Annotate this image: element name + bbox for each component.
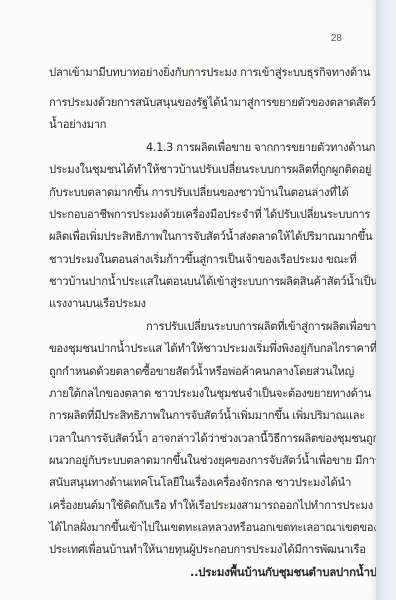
text-line: ปลาเข้ามามีบทบาทอย่างยิ่งกับการประมง การ… — [49, 66, 361, 80]
text-line: ผลิตเพื่อเพิ่มประสิทธิภาพในการจับสัตว์น้… — [49, 230, 361, 244]
text-line: เครื่องยนต์มาใช้ติดกับเรือ ทำให้เรือประม… — [49, 499, 361, 513]
section-heading-4-1-3: 4.1.3 การผลิตเพื่อขาย จากการขยายตัวทางด้… — [146, 141, 361, 155]
text-line: ได้ไกลฝั่งมากขึ้นเข้าไปในเขตทะเลหลวงหรือ… — [49, 521, 361, 535]
text-line: สนับสนุนทางด้านเทคโนโลยีในเรื่องเครื่องจ… — [49, 476, 361, 490]
text-line: เวลาในการจับสัตว์น้ำ อาจกล่าวได้ว่าช่วงเ… — [49, 432, 361, 446]
text-line: ถูกกำหนดด้วยตลาดซื้อขายสัตว์น้ำหรือพ่อค้… — [49, 365, 361, 379]
paragraph-start: การปรับเปลี่ยนระบบการผลิตที่เข้าสู่การผล… — [146, 320, 361, 334]
running-footer: ..ประมงพื้นบ้านกับชุมชนตำบลปากน้ำประแส.. — [190, 564, 396, 582]
text-line: กับระบบตลาดมากขึ้น การปรับเปลี่ยนของชาวบ… — [49, 186, 361, 200]
text-line: ประกอบอาชีพการประมงด้วยเครื่องมือประจำที… — [49, 208, 361, 222]
text-line: ชาวบ้านปากน้ำประแสในตอนบนได้เข้าสู่ระบบก… — [49, 275, 361, 289]
text-line: น้ำอย่างมาก — [49, 118, 361, 132]
text-line: การผลิตที่มีประสิทธิภาพในการจับสัตว์น้ำเ… — [49, 409, 361, 423]
page-edge-shadow — [376, 0, 396, 600]
text-line: ภายใต้กลไกของตลาด ชาวประมงในชุมชนจำเป็นจ… — [49, 387, 361, 401]
text-line: ของชุมชนปากน้ำประแส ได้ทำให้ชาวประมงเริ่… — [49, 342, 361, 356]
text-line: ชาวประมงในตอนล่างเริ่มก้าวขึ้นสู่การเป็น… — [49, 253, 361, 267]
text-line: ประมงในชุมชนได้ทำให้ชาวบ้านปรับเปลี่ยนระ… — [49, 163, 361, 177]
text-line: แรงงานบนเรือประมง — [49, 297, 361, 311]
document-page: 28 ปลาเข้ามามีบทบาทอย่างยิ่งกับการประมง … — [0, 0, 376, 600]
text-line: การประมงด้วยการสนับสนุนของรัฐได้นำมาสู่ก… — [49, 96, 361, 110]
text-line: ผนวกอยู่กับระบบตลาดมากขึ้นในช่วงยุคของกา… — [49, 454, 361, 468]
page-number: 28 — [331, 33, 342, 44]
text-line: ประเทศเพื่อนบ้านทำให้นายทุนผู้ประกอบการป… — [49, 543, 361, 557]
